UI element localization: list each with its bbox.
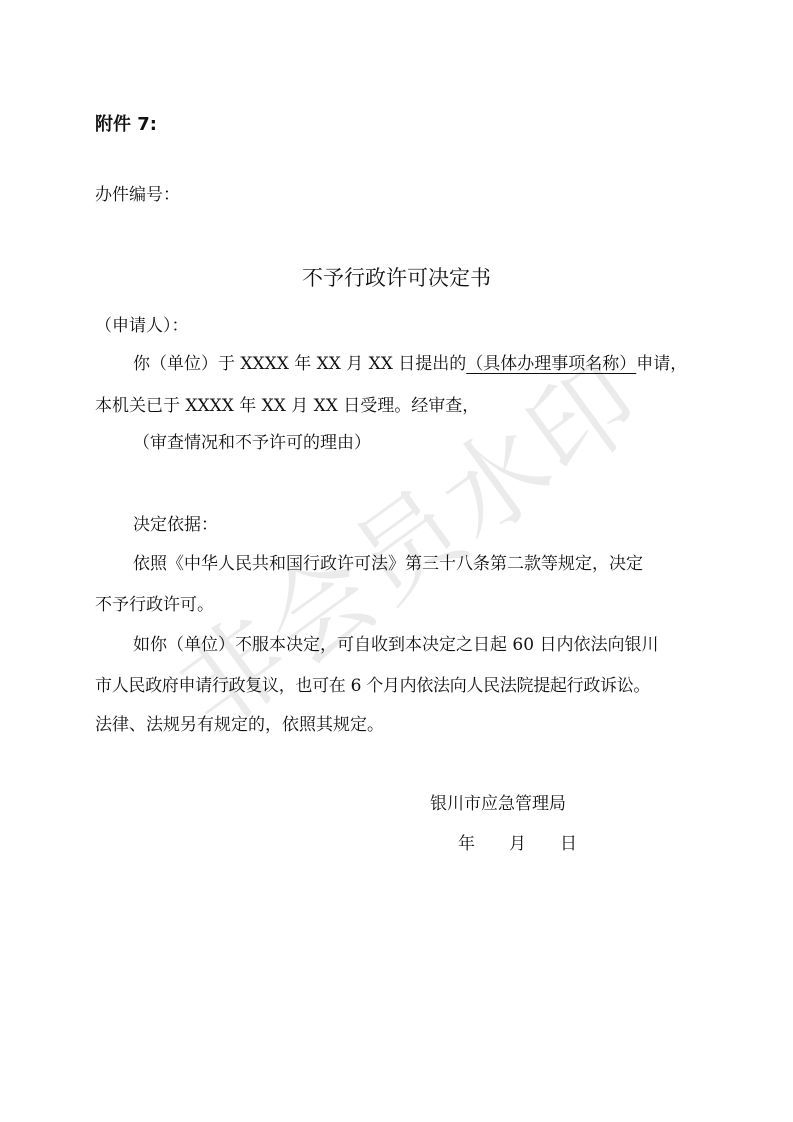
item-name-field: （具体办理事项名称） bbox=[466, 354, 636, 374]
document-page: 附件 7: 办件编号： 不予行政许可决定书 （申请人）： 你（单位）于 XXXX… bbox=[0, 0, 793, 1122]
date-year: 年 bbox=[458, 833, 475, 855]
remedy-line2: 市人民政府申请行政复议，也可在 6 个月内依法向人民法院提起行政诉讼。 bbox=[95, 675, 650, 697]
application-paragraph-line2: 本机关已于 XXXX 年 XX 月 XX 日受理。经审查， bbox=[95, 395, 479, 417]
remedy-line3: 法律、法规另有规定的，依照其规定。 bbox=[95, 714, 384, 736]
application-prefix: 你（单位）于 XXXX 年 XX 月 XX 日提出的 bbox=[133, 354, 466, 374]
issuer-name: 银川市应急管理局 bbox=[430, 793, 566, 815]
basis-heading: 决定依据： bbox=[133, 514, 218, 536]
date-month: 月 bbox=[509, 833, 526, 855]
doc-number-label: 办件编号： bbox=[95, 184, 180, 206]
page-title: 不予行政许可决定书 bbox=[0, 264, 793, 292]
basis-line2: 不予行政许可。 bbox=[95, 594, 214, 616]
date-day: 日 bbox=[560, 833, 577, 855]
review-reason: （审查情况和不予许可的理由） bbox=[133, 432, 371, 454]
attachment-label: 附件 7: bbox=[95, 114, 157, 136]
application-suffix: 申请， bbox=[636, 354, 687, 374]
applicant-label: （申请人）： bbox=[95, 315, 189, 337]
basis-line1: 依照《中华人民共和国行政许可法》第三十八条第二款等规定，决定 bbox=[133, 553, 643, 575]
date-line: 年月日 bbox=[458, 833, 577, 855]
remedy-line1: 如你（单位）不服本决定，可自收到本决定之日起 60 日内依法向银川 bbox=[133, 634, 658, 656]
application-paragraph-line1: 你（单位）于 XXXX 年 XX 月 XX 日提出的（具体办理事项名称）申请， bbox=[133, 353, 687, 375]
